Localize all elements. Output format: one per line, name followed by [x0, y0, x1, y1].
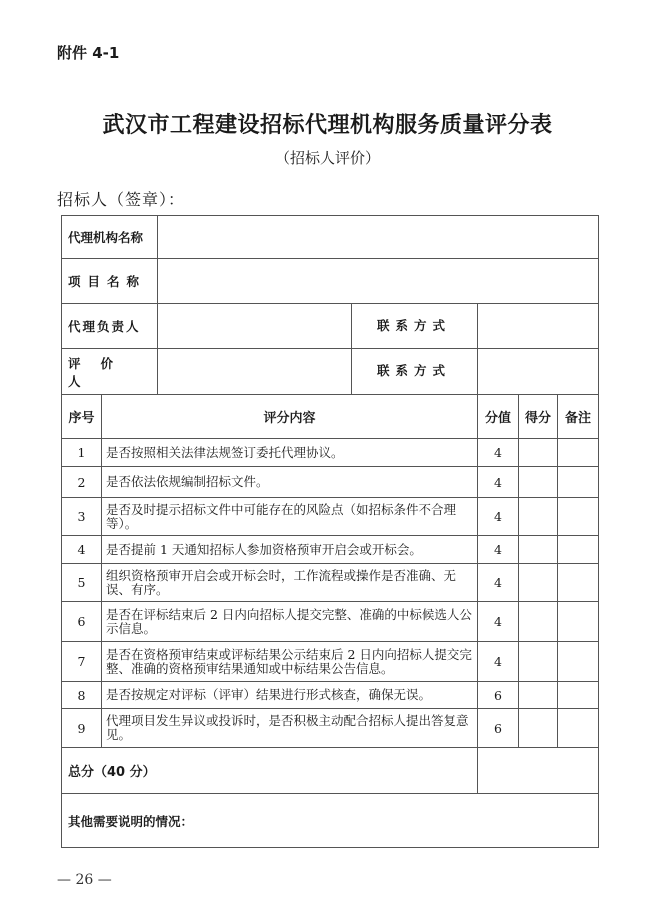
row-seq: 4: [62, 536, 102, 564]
row-points: 4: [478, 564, 519, 602]
table-row: 2 是否依法依规编制招标文件。 4: [62, 467, 599, 498]
header-seq: 序号: [62, 395, 102, 439]
signer-label: 招标人（签章）：: [57, 187, 185, 210]
row-content: 是否按规定对评标（评审）结果进行形式核查，确保无误。: [102, 682, 478, 709]
remarks-field[interactable]: 其他需要说明的情况：: [62, 794, 599, 848]
row-seq: 1: [62, 439, 102, 467]
row-score-field[interactable]: [519, 709, 558, 748]
header-points: 分值: [478, 395, 519, 439]
table-row: 8 是否按规定对评标（评审）结果进行形式核查，确保无误。 6: [62, 682, 599, 709]
row-points: 4: [478, 642, 519, 682]
table-row: 6 是否在评标结束后 2 日内向招标人提交完整、准确的中标候选人公示信息。 4: [62, 602, 599, 642]
agent-contact-label: 联系方式: [351, 303, 477, 348]
row-content: 代理项目发生异议或投诉时，是否积极主动配合招标人提出答复意见。: [102, 709, 478, 748]
row-points: 4: [478, 536, 519, 564]
row-note-field[interactable]: [558, 602, 599, 642]
total-value-field[interactable]: [478, 748, 599, 794]
row-points: 4: [478, 439, 519, 467]
evaluator-label: 评价人: [62, 349, 158, 395]
row-note-field[interactable]: [558, 498, 599, 536]
evaluator-row: 评价人: [62, 349, 599, 395]
evaluator-contact-label: 联系方式: [351, 348, 477, 394]
row-content: 是否在资格预审结束或评标结果公示结束后 2 日内向招标人提交完整、准确的资格预审…: [102, 642, 478, 682]
row-score-field[interactable]: [519, 467, 558, 498]
header-note: 备注: [558, 395, 599, 439]
agency-name-field[interactable]: [158, 216, 599, 259]
table-row: 9 代理项目发生异议或投诉时，是否积极主动配合招标人提出答复意见。 6: [62, 709, 599, 748]
evaluation-form-table: 代理机构名称 项目名称 代理负责人 联系方式 评价人 序号 评分内容 分值 得分…: [61, 215, 599, 848]
row-points: 4: [478, 602, 519, 642]
row-score-field[interactable]: [519, 439, 558, 467]
row-note-field[interactable]: [558, 467, 599, 498]
document-subtitle: （招标人评价）: [0, 147, 655, 168]
row-score-field[interactable]: [519, 602, 558, 642]
agent-contact-field[interactable]: [478, 304, 599, 349]
row-points: 6: [478, 682, 519, 709]
table-row: 4 是否提前 1 天通知招标人参加资格预审开启会或开标会。 4: [62, 536, 599, 564]
agency-name-row: 代理机构名称: [62, 216, 599, 259]
row-note-field[interactable]: [558, 536, 599, 564]
row-points: 6: [478, 709, 519, 748]
table-header-row: 序号 评分内容 分值 得分 备注: [62, 395, 599, 439]
agent-lead-label: 代理负责人: [62, 304, 158, 349]
project-name-row: 项目名称: [62, 259, 599, 304]
total-label: 总分（40 分）: [62, 748, 478, 794]
table-row: 3 是否及时提示招标文件中可能存在的风险点（如招标条件不合理等）。 4: [62, 498, 599, 536]
row-seq: 9: [62, 709, 102, 748]
contact-divider-right: [477, 303, 478, 394]
row-score-field[interactable]: [519, 536, 558, 564]
row-seq: 2: [62, 467, 102, 498]
row-score-field[interactable]: [519, 564, 558, 602]
table-row: 5 组织资格预审开启会或开标会时，工作流程或操作是否准确、无误、有序。 4: [62, 564, 599, 602]
row-seq: 7: [62, 642, 102, 682]
row-points: 4: [478, 498, 519, 536]
table-row: 7 是否在资格预审结束或评标结果公示结束后 2 日内向招标人提交完整、准确的资格…: [62, 642, 599, 682]
header-content: 评分内容: [102, 395, 478, 439]
row-content: 是否按照相关法律法规签订委托代理协议。: [102, 439, 478, 467]
total-row: 总分（40 分）: [62, 748, 599, 794]
row-note-field[interactable]: [558, 682, 599, 709]
project-name-label: 项目名称: [62, 259, 158, 304]
header-score: 得分: [519, 395, 558, 439]
project-name-field[interactable]: [158, 259, 599, 304]
row-seq: 6: [62, 602, 102, 642]
row-seq: 3: [62, 498, 102, 536]
row-score-field[interactable]: [519, 498, 558, 536]
row-seq: 8: [62, 682, 102, 709]
row-note-field[interactable]: [558, 642, 599, 682]
contact-divider-left: [351, 303, 352, 394]
table-row: 1 是否按照相关法律法规签订委托代理协议。 4: [62, 439, 599, 467]
agent-lead-row: 代理负责人 联系方式: [62, 304, 599, 349]
row-score-field[interactable]: [519, 642, 558, 682]
document-title: 武汉市工程建设招标代理机构服务质量评分表: [0, 108, 655, 139]
attachment-label: 附件 4-1: [57, 42, 119, 63]
agency-name-label: 代理机构名称: [62, 216, 158, 259]
row-points: 4: [478, 467, 519, 498]
row-content: 是否依法依规编制招标文件。: [102, 467, 478, 498]
row-content: 是否提前 1 天通知招标人参加资格预审开启会或开标会。: [102, 536, 478, 564]
row-note-field[interactable]: [558, 709, 599, 748]
page-number: — 26 —: [57, 872, 112, 888]
row-seq: 5: [62, 564, 102, 602]
row-content: 是否及时提示招标文件中可能存在的风险点（如招标条件不合理等）。: [102, 498, 478, 536]
row-score-field[interactable]: [519, 682, 558, 709]
evaluator-contact-field[interactable]: [478, 349, 599, 395]
row-note-field[interactable]: [558, 564, 599, 602]
row-content: 是否在评标结束后 2 日内向招标人提交完整、准确的中标候选人公示信息。: [102, 602, 478, 642]
remarks-row: 其他需要说明的情况：: [62, 794, 599, 848]
row-content: 组织资格预审开启会或开标会时，工作流程或操作是否准确、无误、有序。: [102, 564, 478, 602]
row-note-field[interactable]: [558, 439, 599, 467]
